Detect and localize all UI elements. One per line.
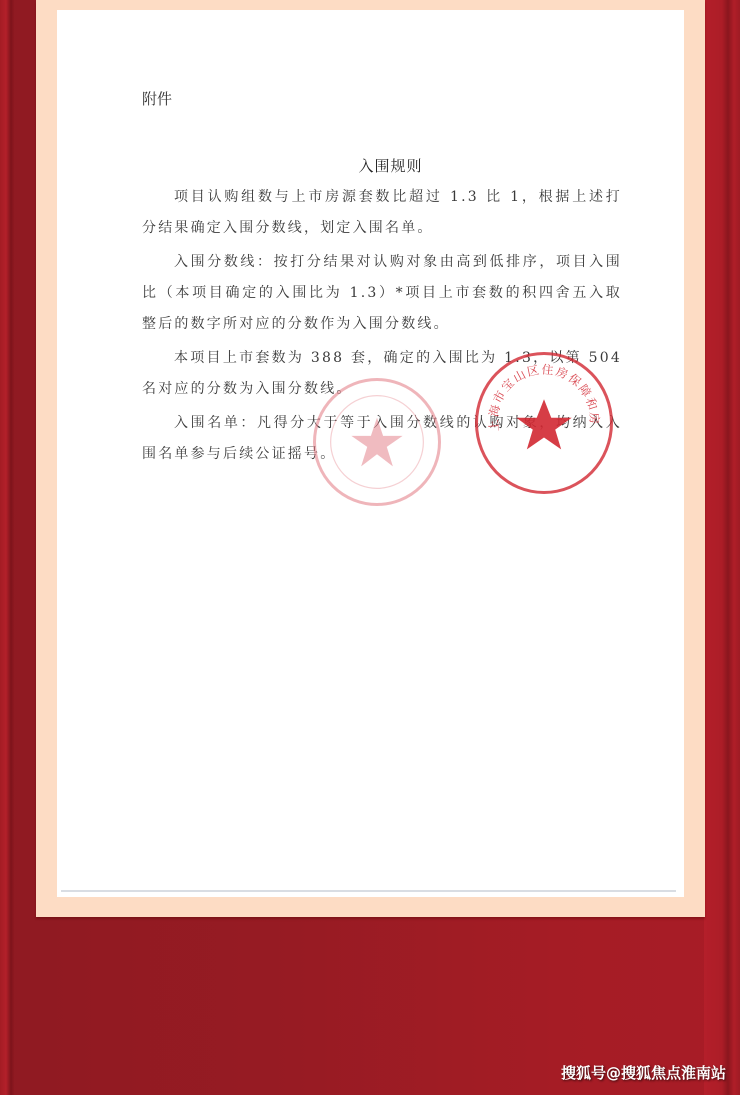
left-edge-stripe	[0, 0, 14, 1095]
right-edge-stripe	[704, 0, 740, 1095]
document-frame: 附件 入围规则 项目认购组数与上市房源套数比超过 1.3 比 1，根据上述打分结…	[36, 0, 705, 917]
watermark: 搜狐号@搜狐焦点淮南站	[561, 1062, 726, 1083]
document-title: 入围规则	[57, 155, 684, 176]
document-page: 附件 入围规则 项目认购组数与上市房源套数比超过 1.3 比 1，根据上述打分结…	[57, 10, 684, 897]
paragraph-cutoff-score: 入围分数线：按打分结果对认购对象由高到低排序，项目入围比（本项目确定的入围比为 …	[142, 247, 622, 340]
housing-bureau-seal-stamp: 上海市宝山区住房保障和房屋管理局	[475, 352, 613, 494]
notary-seal-stamp	[313, 378, 441, 506]
paragraph-ratio-rule: 项目认购组数与上市房源套数比超过 1.3 比 1，根据上述打分结果确定入围分数线…	[142, 182, 622, 244]
star-icon: 上海市宝山区住房保障和房屋管理局	[478, 355, 610, 491]
page-bottom-edge	[61, 890, 676, 892]
attachment-label: 附件	[142, 88, 172, 109]
star-icon	[316, 381, 438, 503]
